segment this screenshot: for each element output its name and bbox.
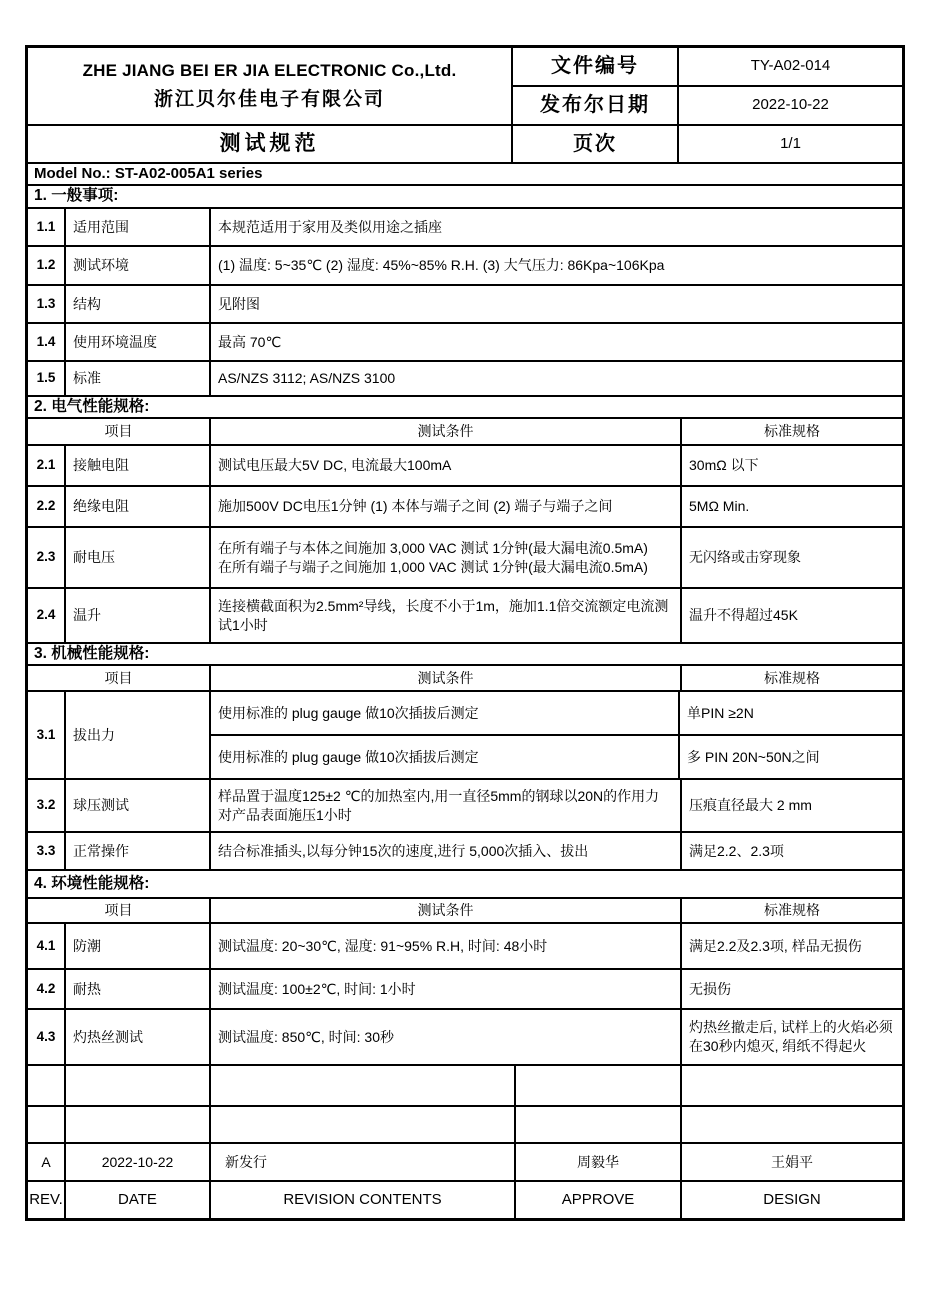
condition-cell: 测试温度: 100±2℃, 时间: 1小时 bbox=[211, 970, 682, 1008]
empty-cell bbox=[516, 1066, 682, 1105]
item-no: 3.1 bbox=[28, 692, 66, 778]
table-row-1-1: 1.1 适用范围 本规范适用于家用及类似用途之插座 bbox=[28, 209, 902, 247]
page-label: 页次 bbox=[513, 126, 679, 162]
item-name: 绝缘电阻 bbox=[66, 487, 211, 526]
section-4-title: 4. 环境性能规格: bbox=[28, 871, 902, 897]
condition-cell: 最高 70℃ bbox=[211, 324, 902, 360]
condition-line-2: 在所有端子与端子之间施加 1,000 VAC 测试 1分钟(最大漏电流0.5mA… bbox=[218, 558, 648, 577]
empty-row bbox=[28, 1107, 902, 1144]
condition-cell: 测试温度: 850℃, 时间: 30秒 bbox=[211, 1010, 682, 1064]
column-header-spec: 标准规格 bbox=[682, 899, 902, 922]
item-name: 标准 bbox=[66, 362, 211, 395]
item-no: 1.1 bbox=[28, 209, 66, 245]
revision-entry-row: A 2022-10-22 新发行 周毅华 王娟平 bbox=[28, 1144, 902, 1182]
item-name: 温升 bbox=[66, 589, 211, 642]
section-3-title: 3. 机械性能规格: bbox=[28, 644, 902, 664]
release-date-row: 发布尔日期 2022-10-22 bbox=[513, 87, 902, 124]
column-header-item: 项目 bbox=[28, 666, 211, 690]
empty-cell bbox=[211, 1066, 516, 1105]
empty-cell bbox=[211, 1107, 516, 1142]
revision-contents-label: REVISION CONTENTS bbox=[211, 1182, 516, 1218]
table-row-2-4: 2.4 温升 连接横截面积为2.5mm²导线，长度不小于1m，施加1.1倍交流额… bbox=[28, 589, 902, 644]
item-name: 球压测试 bbox=[66, 780, 211, 831]
header-meta-column: 文件编号 TY-A02-014 发布尔日期 2022-10-22 bbox=[513, 48, 902, 124]
model-number: Model No.: ST-A02-005A1 series bbox=[28, 164, 902, 184]
doc-no-label: 文件编号 bbox=[513, 48, 679, 85]
item-name: 适用范围 bbox=[66, 209, 211, 245]
item-name: 拔出力 bbox=[66, 692, 211, 778]
table-row-4-1: 4.1 防潮 测试温度: 20~30℃, 湿度: 91~95% R.H, 时间:… bbox=[28, 924, 902, 970]
item-name: 测试环境 bbox=[66, 247, 211, 284]
release-date-label: 发布尔日期 bbox=[513, 87, 679, 124]
spec-cell: 多 PIN 20N~50N之间 bbox=[680, 736, 902, 778]
item-no: 2.2 bbox=[28, 487, 66, 526]
empty-cell bbox=[66, 1066, 211, 1105]
revision-label-row: REV. DATE REVISION CONTENTS APPROVE DESI… bbox=[28, 1182, 902, 1218]
condition-line-1: 在所有端子与本体之间施加 3,000 VAC 测试 1分钟(最大漏电流0.5mA… bbox=[218, 539, 648, 558]
spec-cell: 灼热丝撤走后, 试样上的火焰必须在30秒内熄灭, 绢纸不得起火 bbox=[682, 1010, 902, 1064]
section-4-column-headers: 项目 测试条件 标准规格 bbox=[28, 899, 902, 924]
column-header-condition: 测试条件 bbox=[211, 419, 682, 444]
empty-cell bbox=[28, 1107, 66, 1142]
empty-cell bbox=[66, 1107, 211, 1142]
doc-no-value: TY-A02-014 bbox=[679, 48, 902, 85]
section-2-column-headers: 项目 测试条件 标准规格 bbox=[28, 419, 902, 446]
spec-cell: 满足2.2及2.3项, 样品无损伤 bbox=[682, 924, 902, 968]
item-name: 使用环境温度 bbox=[66, 324, 211, 360]
spec-cell: 压痕直径最大 2 mm bbox=[682, 780, 902, 831]
table-row-1-2: 1.2 测试环境 (1) 温度: 5~35℃ (2) 湿度: 45%~85% R… bbox=[28, 247, 902, 286]
empty-cell bbox=[516, 1107, 682, 1142]
table-row-2-2: 2.2 绝缘电阻 施加500V DC电压1分钟 (1) 本体与端子之间 (2) … bbox=[28, 487, 902, 528]
release-date-value: 2022-10-22 bbox=[679, 87, 902, 124]
spec-cell: 温升不得超过45K bbox=[682, 589, 902, 642]
table-row-1-3: 1.3 结构 见附图 bbox=[28, 286, 902, 324]
page-value: 1/1 bbox=[679, 126, 902, 162]
condition-cell: 测试温度: 20~30℃, 湿度: 91~95% R.H, 时间: 48小时 bbox=[211, 924, 682, 968]
item-no: 1.4 bbox=[28, 324, 66, 360]
condition-cell: AS/NZS 3112; AS/NZS 3100 bbox=[211, 362, 902, 395]
item-no: 3.2 bbox=[28, 780, 66, 831]
section-4-title-row: 4. 环境性能规格: bbox=[28, 871, 902, 899]
spec-cell: 无闪络或击穿现象 bbox=[682, 528, 902, 587]
item-name: 结构 bbox=[66, 286, 211, 322]
section-3-title-row: 3. 机械性能规格: bbox=[28, 644, 902, 666]
revision-design-value: 王娟平 bbox=[682, 1144, 902, 1180]
column-header-spec: 标准规格 bbox=[682, 419, 902, 444]
spec-cell: 单PIN ≥2N bbox=[680, 692, 902, 734]
empty-cell bbox=[28, 1066, 66, 1105]
model-row: Model No.: ST-A02-005A1 series bbox=[28, 164, 902, 186]
table-row-2-1: 2.1 接触电阻 测试电压最大5V DC, 电流最大100mA 30mΩ 以下 bbox=[28, 446, 902, 487]
empty-cell bbox=[682, 1066, 902, 1105]
revision-contents-value: 新发行 bbox=[211, 1144, 516, 1180]
column-header-item: 项目 bbox=[28, 419, 211, 444]
empty-cell bbox=[682, 1107, 902, 1142]
item-no: 4.1 bbox=[28, 924, 66, 968]
item-name: 耐电压 bbox=[66, 528, 211, 587]
item-name: 正常操作 bbox=[66, 833, 211, 869]
company-name-cn: 浙江贝尔佳电子有限公司 bbox=[154, 87, 385, 113]
spec-cell: 30mΩ 以下 bbox=[682, 446, 902, 485]
header-top-rows: ZHE JIANG BEI ER JIA ELECTRONIC Co.,Ltd.… bbox=[28, 48, 902, 126]
document-page: ZHE JIANG BEI ER JIA ELECTRONIC Co.,Ltd.… bbox=[0, 0, 930, 1315]
company-name-en: ZHE JIANG BEI ER JIA ELECTRONIC Co.,Ltd. bbox=[83, 60, 457, 83]
condition-cell: 结合标准插头,以每分钟15次的速度,进行 5,000次插入、拔出 bbox=[211, 833, 682, 869]
condition-cell: 使用标准的 plug gauge 做10次插拔后测定 bbox=[211, 692, 680, 734]
item-no: 2.4 bbox=[28, 589, 66, 642]
section-1-title: 1. 一般事项: bbox=[28, 186, 902, 207]
item-no: 3.3 bbox=[28, 833, 66, 869]
revision-approve-value: 周毅华 bbox=[516, 1144, 682, 1180]
table-row-4-3: 4.3 灼热丝测试 测试温度: 850℃, 时间: 30秒 灼热丝撤走后, 试样… bbox=[28, 1010, 902, 1066]
column-header-condition: 测试条件 bbox=[211, 666, 682, 690]
item-no: 1.5 bbox=[28, 362, 66, 395]
spec-cell: 5MΩ Min. bbox=[682, 487, 902, 526]
condition-text: 在所有端子与本体之间施加 3,000 VAC 测试 1分钟(最大漏电流0.5mA… bbox=[218, 539, 648, 577]
item-no: 1.3 bbox=[28, 286, 66, 322]
empty-row bbox=[28, 1066, 902, 1107]
item-no: 1.2 bbox=[28, 247, 66, 284]
date-label: DATE bbox=[66, 1182, 211, 1218]
spec-table: ZHE JIANG BEI ER JIA ELECTRONIC Co.,Ltd.… bbox=[25, 45, 905, 1221]
item-name: 防潮 bbox=[66, 924, 211, 968]
table-row-3-3: 3.3 正常操作 结合标准插头,以每分钟15次的速度,进行 5,000次插入、拔… bbox=[28, 833, 902, 871]
table-row-4-2: 4.2 耐热 测试温度: 100±2℃, 时间: 1小时 无损伤 bbox=[28, 970, 902, 1010]
item-no: 2.3 bbox=[28, 528, 66, 587]
rev-label: REV. bbox=[28, 1182, 66, 1218]
condition-cell: 测试电压最大5V DC, 电流最大100mA bbox=[211, 446, 682, 485]
company-name-cell: ZHE JIANG BEI ER JIA ELECTRONIC Co.,Ltd.… bbox=[28, 48, 513, 124]
condition-cell: 使用标准的 plug gauge 做10次插拔后测定 bbox=[211, 736, 680, 778]
table-subrow: 使用标准的 plug gauge 做10次插拔后测定 单PIN ≥2N bbox=[211, 692, 902, 736]
section-2-title: 2. 电气性能规格: bbox=[28, 397, 902, 417]
item-name: 接触电阻 bbox=[66, 446, 211, 485]
doc-no-row: 文件编号 TY-A02-014 bbox=[513, 48, 902, 87]
item-no: 4.2 bbox=[28, 970, 66, 1008]
condition-cell: 样品置于温度125±2 ℃的加热室内,用一直径5mm的钢球以20N的作用力对产品… bbox=[211, 780, 682, 831]
column-header-condition: 测试条件 bbox=[211, 899, 682, 922]
section-2-title-row: 2. 电气性能规格: bbox=[28, 397, 902, 419]
table-subrow: 使用标准的 plug gauge 做10次插拔后测定 多 PIN 20N~50N… bbox=[211, 736, 902, 778]
doc-title: 测试规范 bbox=[28, 126, 513, 162]
revision-rev-value: A bbox=[28, 1144, 66, 1180]
section-1-title-row: 1. 一般事项: bbox=[28, 186, 902, 209]
item-no: 4.3 bbox=[28, 1010, 66, 1064]
condition-cell: 在所有端子与本体之间施加 3,000 VAC 测试 1分钟(最大漏电流0.5mA… bbox=[211, 528, 682, 587]
item-name: 灼热丝测试 bbox=[66, 1010, 211, 1064]
condition-cell: 连接横截面积为2.5mm²导线，长度不小于1m，施加1.1倍交流额定电流测试1小… bbox=[211, 589, 682, 642]
item-name: 耐热 bbox=[66, 970, 211, 1008]
column-header-item: 项目 bbox=[28, 899, 211, 922]
spec-cell: 满足2.2、2.3项 bbox=[682, 833, 902, 869]
condition-cell: 见附图 bbox=[211, 286, 902, 322]
table-row-1-4: 1.4 使用环境温度 最高 70℃ bbox=[28, 324, 902, 362]
condition-cell: 本规范适用于家用及类似用途之插座 bbox=[211, 209, 902, 245]
table-row-3-2: 3.2 球压测试 样品置于温度125±2 ℃的加热室内,用一直径5mm的钢球以2… bbox=[28, 780, 902, 833]
condition-cell: (1) 温度: 5~35℃ (2) 湿度: 45%~85% R.H. (3) 大… bbox=[211, 247, 902, 284]
row-3-1-subrows: 使用标准的 plug gauge 做10次插拔后测定 单PIN ≥2N 使用标准… bbox=[211, 692, 902, 778]
spec-cell: 无损伤 bbox=[682, 970, 902, 1008]
condition-cell: 施加500V DC电压1分钟 (1) 本体与端子之间 (2) 端子与端子之间 bbox=[211, 487, 682, 526]
column-header-spec: 标准规格 bbox=[682, 666, 902, 690]
revision-date-value: 2022-10-22 bbox=[66, 1144, 211, 1180]
table-row-3-1: 3.1 拔出力 使用标准的 plug gauge 做10次插拔后测定 单PIN … bbox=[28, 692, 902, 780]
table-row-2-3: 2.3 耐电压 在所有端子与本体之间施加 3,000 VAC 测试 1分钟(最大… bbox=[28, 528, 902, 589]
table-row-1-5: 1.5 标准 AS/NZS 3112; AS/NZS 3100 bbox=[28, 362, 902, 397]
doc-title-row: 测试规范 页次 1/1 bbox=[28, 126, 902, 164]
item-no: 2.1 bbox=[28, 446, 66, 485]
approve-label: APPROVE bbox=[516, 1182, 682, 1218]
design-label: DESIGN bbox=[682, 1182, 902, 1218]
section-3-column-headers: 项目 测试条件 标准规格 bbox=[28, 666, 902, 692]
